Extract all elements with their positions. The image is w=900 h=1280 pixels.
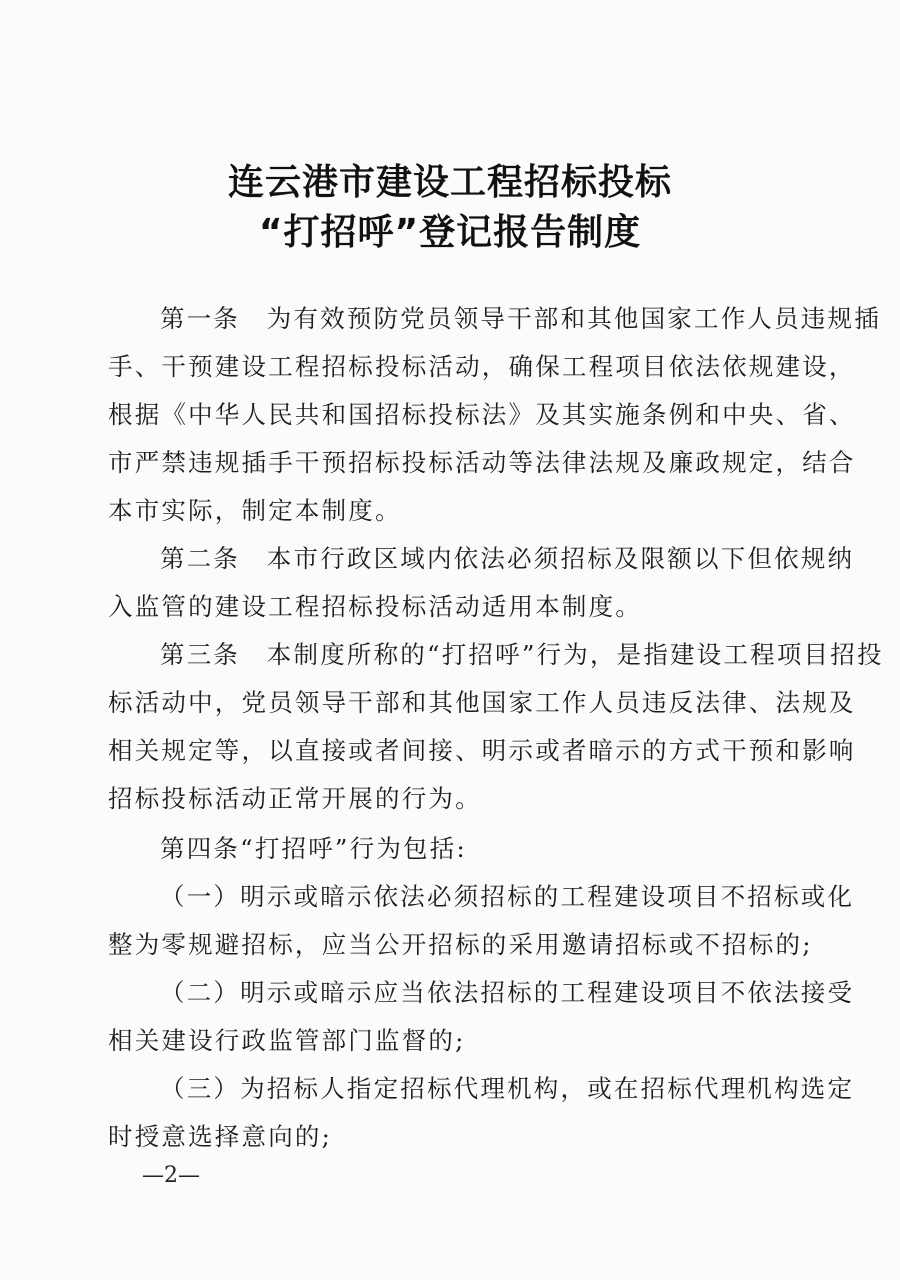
- document-title-line-1: 连云港市建设工程招标投标: [0, 154, 900, 205]
- article-4-item-3-line: 时授意选择意向的;: [108, 1118, 798, 1153]
- article-3-line: 相关规定等，以直接或者间接、明示或者暗示的方式干预和影响: [108, 732, 798, 767]
- article-3-line: 标活动中，党员领导干部和其他国家工作人员违反法律、法规及: [108, 684, 798, 719]
- article-1-line: 第一条 为有效预防党员领导干部和其他国家工作人员违规插: [160, 300, 850, 335]
- article-4-item-1-line: 整为零规避招标，应当公开招标的采用邀请招标或不招标的;: [108, 926, 798, 961]
- article-4-heading: 第四条“打招呼”行为包括:: [160, 830, 850, 865]
- article-4-item-1-line: （一）明示或暗示依法必须招标的工程建设项目不招标或化: [160, 878, 850, 913]
- page-number: —2—: [142, 1163, 200, 1188]
- article-2-line: 第二条 本市行政区域内依法必须招标及限额以下但依规纳: [160, 540, 850, 575]
- document-page: 连云港市建设工程招标投标 “打招呼”登记报告制度 第一条 为有效预防党员领导干部…: [0, 0, 900, 1280]
- article-4-item-2-line: 相关建设行政监管部门监督的;: [108, 1022, 798, 1057]
- article-3-line: 招标投标活动正常开展的行为。: [108, 780, 798, 815]
- article-4-item-2-line: （二）明示或暗示应当依法招标的工程建设项目不依法接受: [160, 974, 850, 1009]
- article-4-item-3-line: （三）为招标人指定招标代理机构，或在招标代理机构选定: [160, 1070, 850, 1105]
- article-2-line: 入监管的建设工程招标投标活动适用本制度。: [108, 588, 798, 623]
- document-title-line-2: “打招呼”登记报告制度: [0, 204, 900, 255]
- article-1-line: 根据《中华人民共和国招标投标法》及其实施条例和中央、省、: [108, 396, 798, 431]
- article-1-line: 市严禁违规插手干预招标投标活动等法律法规及廉政规定，结合: [108, 444, 798, 479]
- article-1-line: 本市实际，制定本制度。: [108, 492, 798, 527]
- article-3-line: 第三条 本制度所称的“打招呼”行为，是指建设工程项目招投: [160, 636, 850, 671]
- article-1-line: 手、干预建设工程招标投标活动，确保工程项目依法依规建设，: [108, 348, 798, 383]
